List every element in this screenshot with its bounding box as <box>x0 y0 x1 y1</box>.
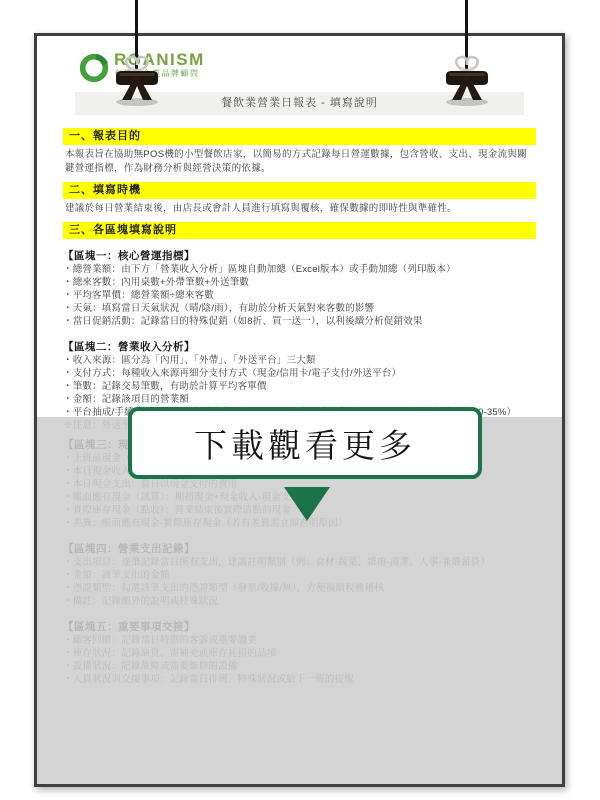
instruction-line: ・金額：記錄該項目的營業額 <box>63 393 536 406</box>
section-heading-purpose: 一、報表目的 <box>63 128 536 145</box>
instruction-line: ・筆數：記錄交易筆數，有助於計算平均客單價 <box>63 380 536 393</box>
block-title: 【區塊一：核心營運指標】 <box>63 249 536 263</box>
binder-clip-icon <box>107 54 167 110</box>
instruction-line: ・支付方式：每種收入來源再細分支付方式（現金/信用卡/電子支付/外送平台） <box>63 367 536 380</box>
instruction-line: ・平均客單價：總營業額÷總來客數 <box>63 289 536 302</box>
block-title: 【區塊二：營業收入分析】 <box>63 340 536 354</box>
page-root: { "brand": { "logo_word": "RGANISM", "lo… <box>0 0 600 800</box>
download-more-button[interactable]: 下載觀看更多 <box>128 407 482 479</box>
section-body-timing: 建議於每日營業結束後，由店長或會計人員進行填寫與覆核，確保數據的即時性與準確性。 <box>65 202 534 216</box>
instruction-line: ・天氣：填寫當日天氣狀況（晴/陰/雨），有助於分析天氣對來客數的影響 <box>63 302 536 315</box>
instruction-line: ・收入來源：區分為「內用」、「外帶」、「外送平台」三大類 <box>63 354 536 367</box>
section-body-purpose: 本報表旨在協助無POS機的小型餐飲店家，以簡易的方式記錄每日營運數據，包含營收、… <box>65 148 534 176</box>
section-heading-timing: 二、填寫時機 <box>63 182 536 199</box>
instruction-line: ・總營業額：由下方「營業收入分析」區塊自動加總（Excel版本）或手動加總（列印… <box>63 263 536 276</box>
organism-ring-icon <box>77 51 111 90</box>
download-arrow-icon[interactable] <box>284 487 330 521</box>
instruction-line: ・當日促銷活動：記錄當日的特殊促銷（如8折、買一送一），以利後續分析促銷效果 <box>63 315 536 328</box>
section-heading-blocks: 三、各區塊填寫說明 <box>63 222 536 239</box>
block-1-core-metrics: 【區塊一：核心營運指標】 ・總營業額：由下方「營業收入分析」區塊自動加總（Exc… <box>63 249 536 328</box>
binder-clip-icon <box>437 54 497 110</box>
instruction-line: ・總來客數：內用桌數+外帶筆數+外送筆數 <box>63 276 536 289</box>
